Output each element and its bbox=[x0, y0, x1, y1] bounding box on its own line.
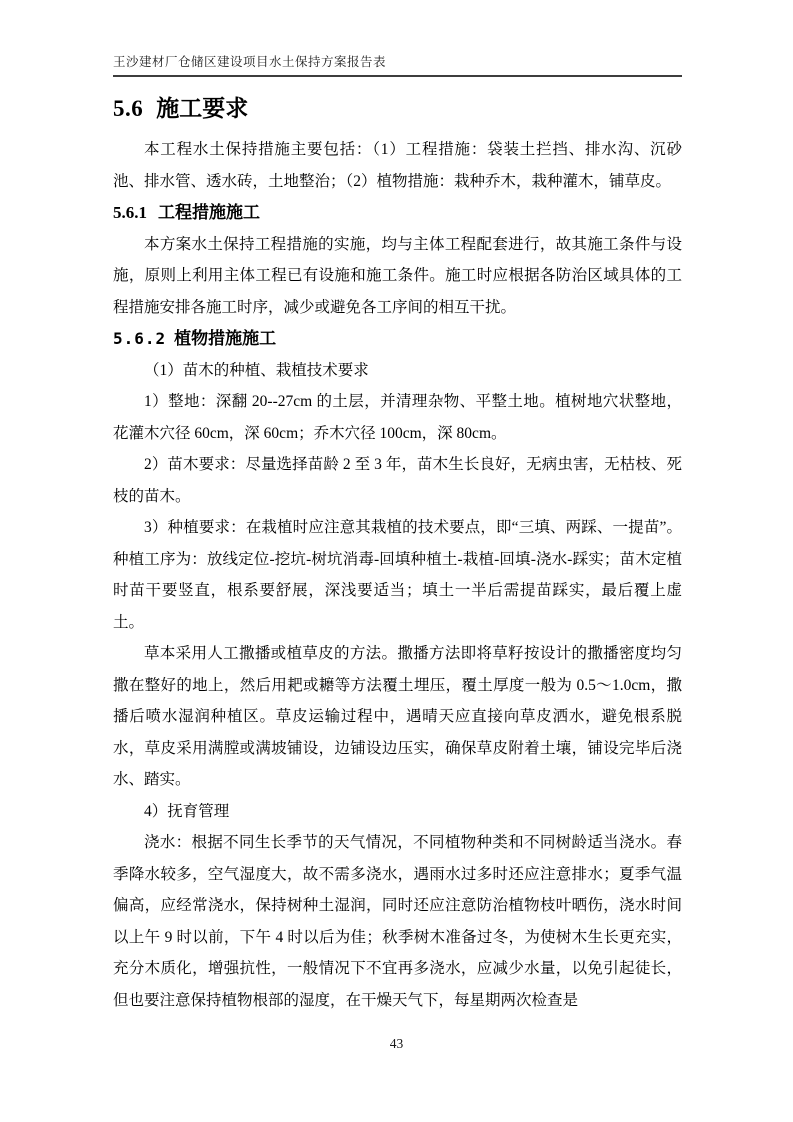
document-page: 王沙建材厂仓储区建设项目水土保持方案报告表 5.6施工要求 本工程水土保持措施主… bbox=[0, 0, 793, 1122]
paragraph: 2）苗木要求：尽量选择苗龄 2 至 3 年，苗木生长良好，无病虫害，无枯枝、死枝… bbox=[113, 449, 682, 512]
heading-label: 工程措施施工 bbox=[158, 203, 260, 222]
paragraph: 本方案水土保持工程措施的实施，均与主体工程配套进行，故其施工条件与设施，原则上利… bbox=[113, 229, 682, 324]
paragraph: 1）整地：深翻 20--27cm 的土层，并清理杂物、平整土地。植树地穴状整地，… bbox=[113, 386, 682, 449]
paragraph: 本工程水土保持措施主要包括：（1）工程措施：袋装土拦挡、排水沟、沉砂池、排水管、… bbox=[113, 134, 682, 197]
running-header: 王沙建材厂仓储区建设项目水土保持方案报告表 bbox=[113, 0, 682, 77]
paragraph: （1）苗木的种植、栽植技术要求 bbox=[113, 355, 682, 387]
page-title: 5.6施工要求 bbox=[113, 93, 682, 124]
heading-number: 5.6.2 bbox=[113, 329, 166, 348]
paragraph: 浇水：根据不同生长季节的天气情况，不同植物种类和不同树龄适当浇水。春季降水较多，… bbox=[113, 827, 682, 1016]
paragraph: 4）抚育管理 bbox=[113, 796, 682, 828]
page-content: 王沙建材厂仓储区建设项目水土保持方案报告表 5.6施工要求 本工程水土保持措施主… bbox=[0, 0, 793, 1016]
section-heading-5-6-2: 5.6.2植物措施施工 bbox=[113, 323, 682, 355]
paragraph: 草本采用人工撒播或植草皮的方法。撒播方法即将草籽按设计的撒播密度均匀撒在整好的地… bbox=[113, 638, 682, 796]
section-heading-5-6-1: 5.6.1工程措施施工 bbox=[113, 197, 682, 229]
page-number: 43 bbox=[0, 1036, 793, 1052]
page-title-label: 施工要求 bbox=[156, 95, 248, 121]
running-header-title: 王沙建材厂仓储区建设项目水土保持方案报告表 bbox=[113, 54, 682, 71]
page-title-number: 5.6 bbox=[113, 96, 143, 121]
heading-number: 5.6.1 bbox=[113, 203, 147, 222]
heading-label: 植物措施施工 bbox=[174, 329, 276, 348]
paragraph: 3）种植要求：在栽植时应注意其栽植的技术要点，即“三填、两踩、一提苗”。种植工序… bbox=[113, 512, 682, 638]
